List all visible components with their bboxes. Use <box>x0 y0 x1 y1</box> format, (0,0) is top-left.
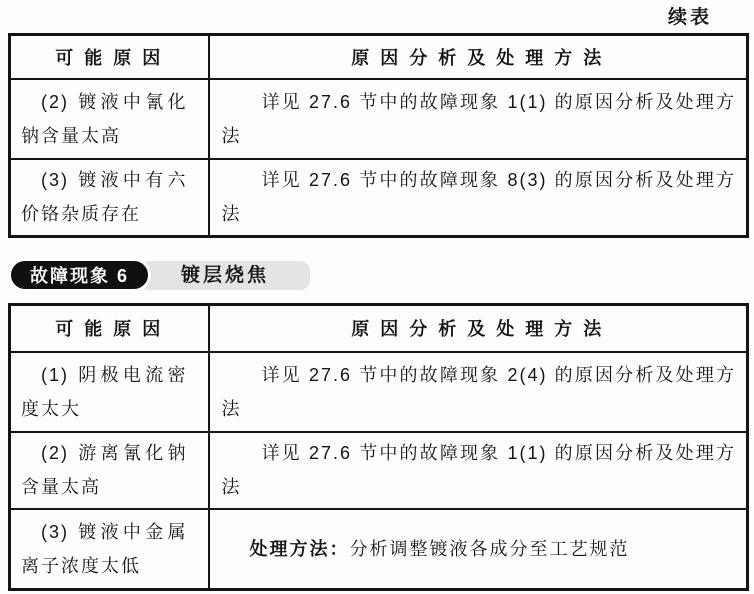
analysis-text: 详见 27.6 节中的故障现象 1(1) 的原因分析及处理方法 <box>210 85 747 153</box>
fault-number-pill: 故障现象 6 <box>8 258 151 292</box>
book-page: 续表 可 能 原 因 原 因 分 析 及 处 理 方 法 (2) 镀液中氰化钠含… <box>0 0 754 594</box>
treatment-method-text: 分析调整镀液各成分至工艺规范 <box>350 539 630 559</box>
cause-cell: (3) 镀液中金属离子浓度太低 <box>10 509 209 590</box>
table-row: (2) 游离氰化钠含量太高 详见 27.6 节中的故障现象 1(1) 的原因分析… <box>10 432 748 509</box>
cause-cell: (3) 镀液中有六价铬杂质存在 <box>10 159 209 237</box>
analysis-cell: 详见 27.6 节中的故障现象 1(1) 的原因分析及处理方法 <box>209 432 748 509</box>
fault-table-6: 可 能 原 因 原 因 分 析 及 处 理 方 法 (1) 阴极电流密度太大 详… <box>8 303 749 591</box>
analysis-cell: 详见 27.6 节中的故障现象 2(4) 的原因分析及处理方法 <box>209 352 748 432</box>
fault-table-continued: 可 能 原 因 原 因 分 析 及 处 理 方 法 (2) 镀液中氰化钠含量太高… <box>8 33 749 238</box>
table-row: (3) 镀液中金属离子浓度太低 处理方法：分析调整镀液各成分至工艺规范 <box>10 509 748 590</box>
cause-text: (3) 镀液中金属离子浓度太低 <box>11 515 208 583</box>
cause-text: (1) 阴极电流密度太大 <box>11 358 208 426</box>
continued-table-label: 续表 <box>668 2 712 29</box>
cause-cell: (2) 镀液中氰化钠含量太高 <box>10 79 209 159</box>
analysis-cell: 详见 27.6 节中的故障现象 8(3) 的原因分析及处理方法 <box>209 159 748 237</box>
fault-badge: 镀层烧焦 故障现象 6 <box>8 258 328 293</box>
analysis-text: 详见 27.6 节中的故障现象 2(4) 的原因分析及处理方法 <box>210 358 747 426</box>
fault-number-label: 故障现象 6 <box>30 262 129 288</box>
header-possible-cause: 可 能 原 因 <box>10 35 209 79</box>
analysis-text: 处理方法：分析调整镀液各成分至工艺规范 <box>210 532 747 566</box>
analysis-cell: 处理方法：分析调整镀液各成分至工艺规范 <box>209 509 748 590</box>
cause-text: (2) 镀液中氰化钠含量太高 <box>11 85 208 153</box>
treatment-method-label: 处理方法： <box>250 539 350 559</box>
header-analysis-treatment: 原 因 分 析 及 处 理 方 法 <box>209 35 748 79</box>
cause-cell: (2) 游离氰化钠含量太高 <box>10 432 209 509</box>
table-header-row: 可 能 原 因 原 因 分 析 及 处 理 方 法 <box>10 305 748 352</box>
fault-badge-title-tab: 镀层烧焦 <box>140 261 310 290</box>
cause-text: (2) 游离氰化钠含量太高 <box>11 436 208 504</box>
cause-text: (3) 镀液中有六价铬杂质存在 <box>11 163 208 231</box>
analysis-cell: 详见 27.6 节中的故障现象 1(1) 的原因分析及处理方法 <box>209 79 748 159</box>
table-header-row: 可 能 原 因 原 因 分 析 及 处 理 方 法 <box>10 35 748 79</box>
table-row: (1) 阴极电流密度太大 详见 27.6 节中的故障现象 2(4) 的原因分析及… <box>10 352 748 432</box>
header-possible-cause: 可 能 原 因 <box>10 305 209 352</box>
table-row: (3) 镀液中有六价铬杂质存在 详见 27.6 节中的故障现象 8(3) 的原因… <box>10 159 748 237</box>
analysis-text: 详见 27.6 节中的故障现象 8(3) 的原因分析及处理方法 <box>210 163 747 231</box>
analysis-text: 详见 27.6 节中的故障现象 1(1) 的原因分析及处理方法 <box>210 436 747 504</box>
cause-cell: (1) 阴极电流密度太大 <box>10 352 209 432</box>
table-row: (2) 镀液中氰化钠含量太高 详见 27.6 节中的故障现象 1(1) 的原因分… <box>10 79 748 159</box>
fault-title: 镀层烧焦 <box>140 261 310 290</box>
header-analysis-treatment: 原 因 分 析 及 处 理 方 法 <box>209 305 748 352</box>
